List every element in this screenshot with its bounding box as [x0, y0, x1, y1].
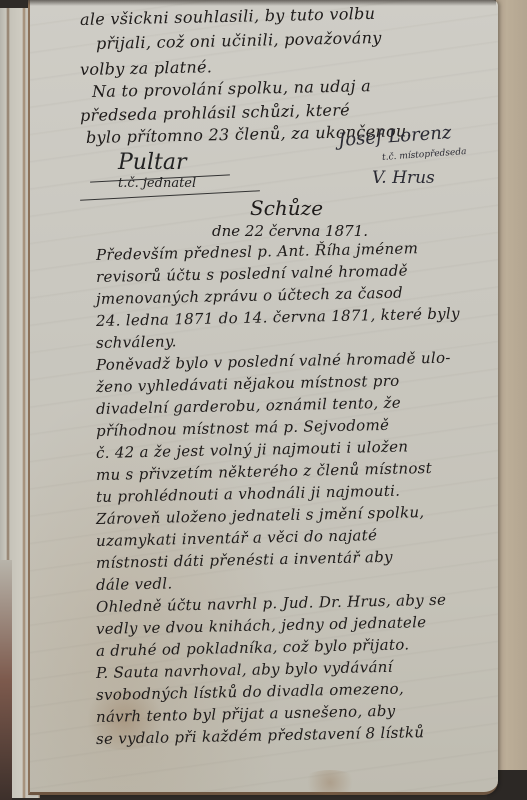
facing-cover: [493, 0, 527, 800]
signature-name: V. Hrus: [372, 168, 435, 188]
text-line: schváleny.: [96, 332, 177, 352]
signature-role: t.č. jednatel: [118, 176, 196, 191]
meeting-date: dne 22 června 1871.: [212, 222, 368, 240]
water-stain: [300, 770, 360, 795]
book-binding-edge: [0, 560, 12, 800]
text-line: dále vedl.: [96, 574, 173, 594]
meeting-title: Schůze: [250, 196, 323, 220]
signature-name: Pultar: [118, 150, 186, 175]
photo-scene: ale všickni souhlasili, by tuto volbu př…: [0, 0, 527, 800]
page-top-shadow: [28, 0, 496, 6]
text-line: volby za platné.: [80, 57, 213, 79]
